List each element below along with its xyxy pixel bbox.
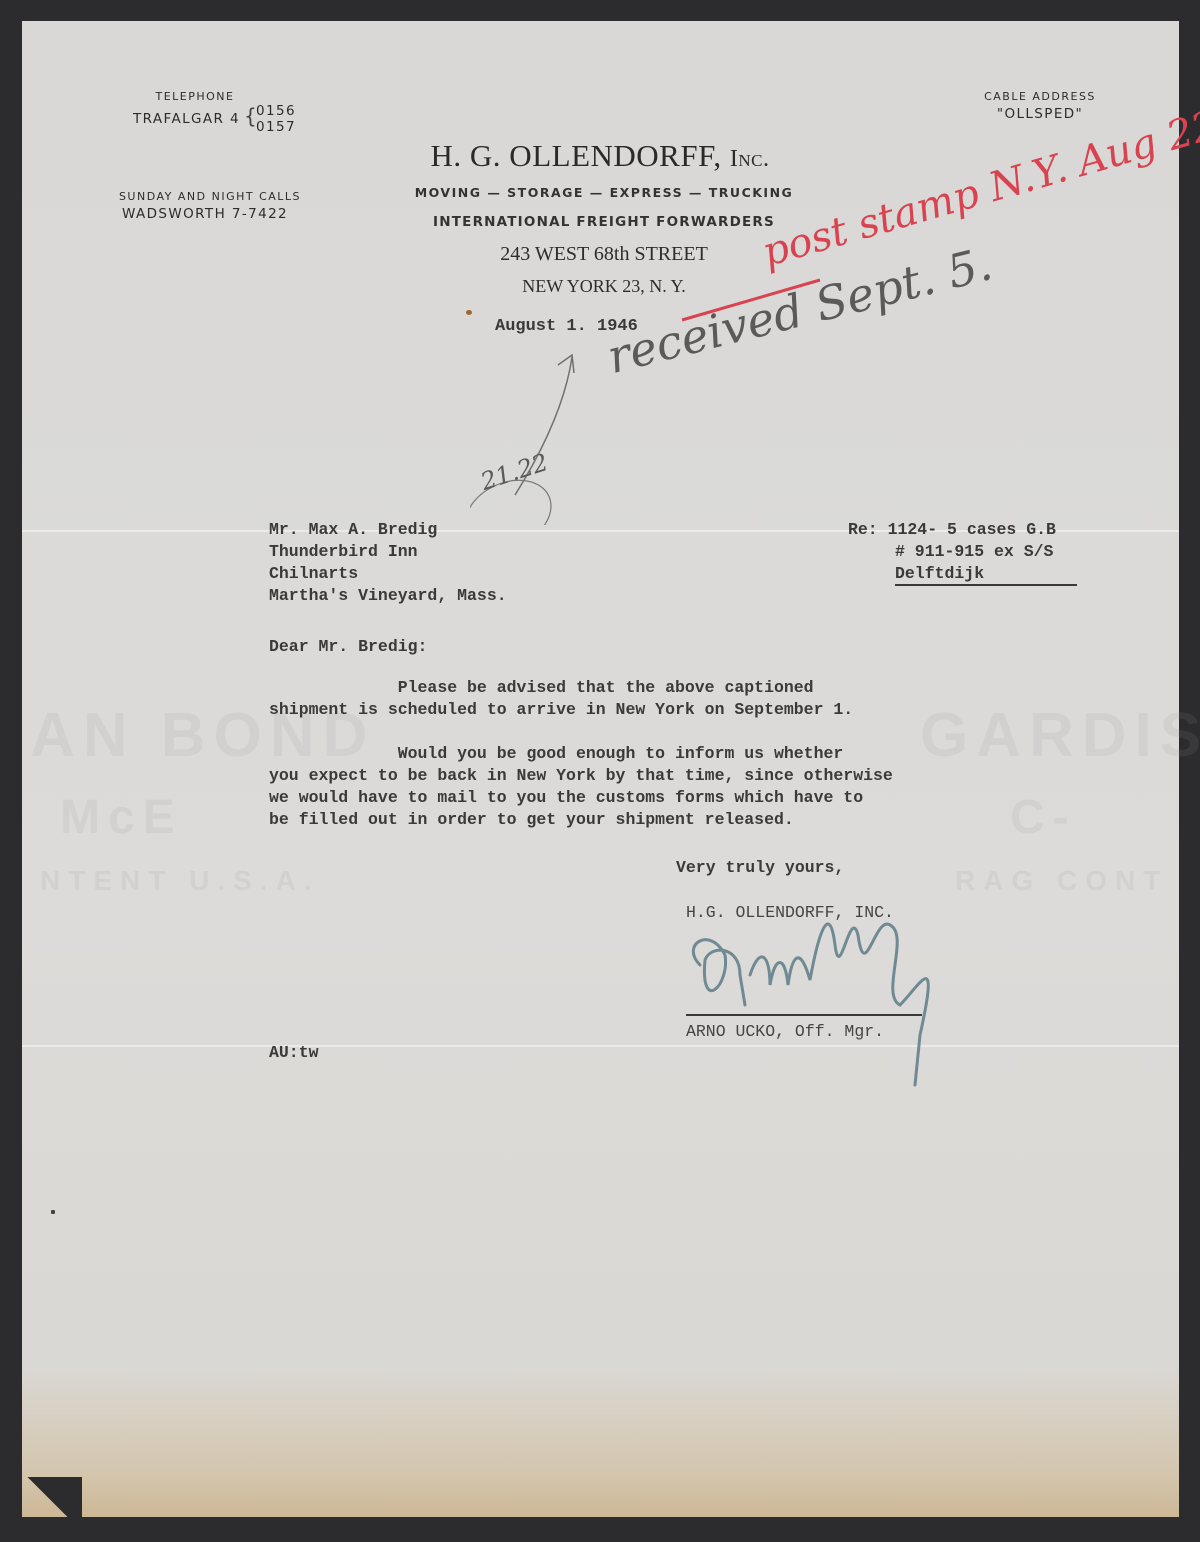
signature-scribble-icon xyxy=(680,885,960,1105)
signatory-name: ARNO UCKO, Off. Mgr. xyxy=(686,1021,884,1043)
telephone-number: 0157 xyxy=(256,119,296,135)
telephone-label: TELEPHONE xyxy=(105,90,285,103)
brace-icon: { xyxy=(244,104,257,128)
recipient-line: Thunderbird Inn xyxy=(269,541,418,563)
fold-line xyxy=(22,1045,1179,1047)
ink-dot xyxy=(51,1210,55,1214)
night-calls-label: SUNDAY AND NIGHT CALLS xyxy=(100,190,320,203)
reference-line: Re: 1124- 5 cases G.B xyxy=(848,519,1056,541)
show-through-text: C- xyxy=(1010,790,1077,845)
typist-initials: AU:tw xyxy=(269,1042,319,1064)
body-line: Please be advised that the above caption… xyxy=(269,677,814,699)
cable-address: "OLLSPED" xyxy=(965,106,1115,122)
body-line: Would you be good enough to inform us wh… xyxy=(269,743,843,765)
closing: Very truly yours, xyxy=(676,857,844,879)
telephone-number: 0156 xyxy=(256,103,296,119)
show-through-text: McE xyxy=(60,790,183,845)
show-through-text: GARDIS xyxy=(920,700,1200,771)
reference-underline xyxy=(895,584,1077,586)
body-line: be filled out in order to get your shipm… xyxy=(269,809,794,831)
show-through-text: RAG CONT xyxy=(955,865,1168,897)
reference-line: Delftdijk xyxy=(895,563,984,585)
night-calls-number: WADSWORTH 7-7422 xyxy=(110,206,300,222)
body-line: you expect to be back in New York by tha… xyxy=(269,765,893,787)
recipient-line: Mr. Max A. Bredig xyxy=(269,519,437,541)
ink-spot xyxy=(466,310,472,315)
pencil-arrow-icon xyxy=(470,345,580,525)
recipient-line: Martha's Vineyard, Mass. xyxy=(269,585,507,607)
signature-line xyxy=(686,1014,922,1016)
body-line: shipment is scheduled to arrive in New Y… xyxy=(269,699,853,721)
telephone-exchange: TRAFALGAR 4 xyxy=(100,111,240,127)
recipient-line: Chilnarts xyxy=(269,563,358,585)
salutation: Dear Mr. Bredig: xyxy=(269,636,427,658)
show-through-text: NTENT U.S.A. xyxy=(40,865,320,897)
reference-line: # 911-915 ex S/S xyxy=(895,541,1053,563)
body-line: we would have to mail to you the customs… xyxy=(269,787,863,809)
cable-address-label: CABLE ADDRESS xyxy=(965,90,1115,103)
